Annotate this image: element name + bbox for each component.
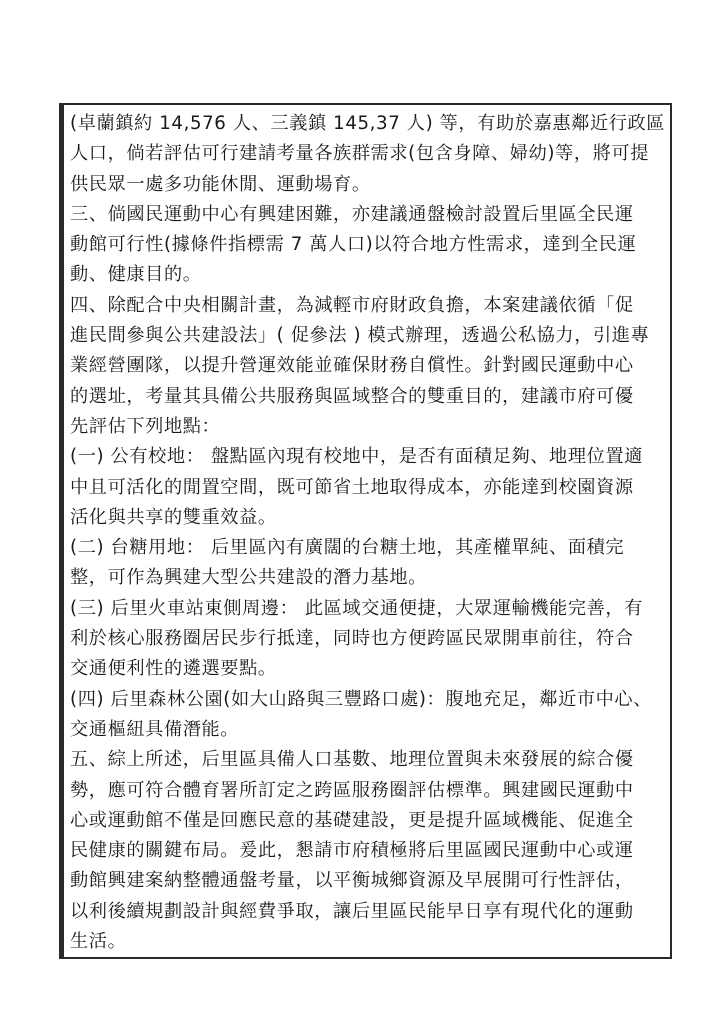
text-line: (三) 后里火車站東側周邊： 此區域交通便捷，大眾運輸機能完善，有 <box>70 594 665 624</box>
text-line: 動館可行性(據條件指標需 7 萬人口)以符合地方性需求，達到全民運 <box>70 230 665 260</box>
text-line: 供民眾一處多功能休閒、運動場育。 <box>70 170 665 200</box>
text-line: 人口，倘若評估可行建請考量各族群需求(包含身障、婦幼)等，將可提 <box>70 139 665 169</box>
text-line: 四、除配合中央相關計畫，為減輕市府財政負擔，本案建議依循「促 <box>70 291 665 321</box>
text-line: 生活。 <box>70 927 665 957</box>
text-line: 五、綜上所述，后里區具備人口基數、地理位置與未來發展的綜合優 <box>70 745 665 775</box>
text-line: 先評估下列地點： <box>70 412 665 442</box>
text-line: 動館興建案納整體通盤考量，以平衡城鄉資源及早展開可行性評估， <box>70 866 665 896</box>
text-line: 中且可活化的閒置空間，既可節省土地取得成本，亦能達到校園資源 <box>70 473 665 503</box>
text-line: 利於核心服務圈居民步行抵達，同時也方便跨區民眾開車前往，符合 <box>70 624 665 654</box>
text-line: (二) 台糖用地： 后里區內有廣闊的台糖土地，其產權單純、面積完 <box>70 533 665 563</box>
text-line: 交通便利性的遴選要點。 <box>70 654 665 684</box>
text-line: 動、健康目的。 <box>70 260 665 290</box>
text-line: 三、倘國民運動中心有興建困難，亦建議通盤檢討設置后里區全民運 <box>70 200 665 230</box>
text-line: 心或運動館不僅是回應民意的基礎建設，更是提升區域機能、促進全 <box>70 806 665 836</box>
text-line: 進民間參與公共建設法」( 促參法 ) 模式辦理，透過公私協力，引進專 <box>70 321 665 351</box>
text-line: (四) 后里森林公園(如大山路與三豐路口處)：腹地充足，鄰近市中心、 <box>70 685 665 715</box>
content-cell: (卓蘭鎮約 14,576 人、三義鎮 145,37 人) 等，有助於嘉惠鄰近行政… <box>64 105 673 957</box>
text-line: (一) 公有校地： 盤點區內現有校地中，是否有面積足夠、地理位置適 <box>70 442 665 472</box>
text-line: 的選址，考量其具備公共服務與區域整合的雙重目的，建議市府可優 <box>70 382 665 412</box>
text-line: 交通樞紐具備潛能。 <box>70 715 665 745</box>
document-table: (卓蘭鎮約 14,576 人、三義鎮 145,37 人) 等，有助於嘉惠鄰近行政… <box>59 103 672 959</box>
text-line: 民健康的關鍵布局。爰此，懇請市府積極將后里區國民運動中心或運 <box>70 836 665 866</box>
text-line: 業經營團隊，以提升營運效能並確保財務自償性。針對國民運動中心 <box>70 351 665 381</box>
text-line: 勢，應可符合體育署所訂定之跨區服務圈評估標準。興建國民運動中 <box>70 776 665 806</box>
text-line: (卓蘭鎮約 14,576 人、三義鎮 145,37 人) 等，有助於嘉惠鄰近行政… <box>70 109 665 139</box>
text-line: 整，可作為興建大型公共建設的潛力基地。 <box>70 563 665 593</box>
text-line: 活化與共享的雙重效益。 <box>70 503 665 533</box>
text-line: 以利後續規劃設計與經費爭取，讓后里區民能早日享有現代化的運動 <box>70 897 665 927</box>
